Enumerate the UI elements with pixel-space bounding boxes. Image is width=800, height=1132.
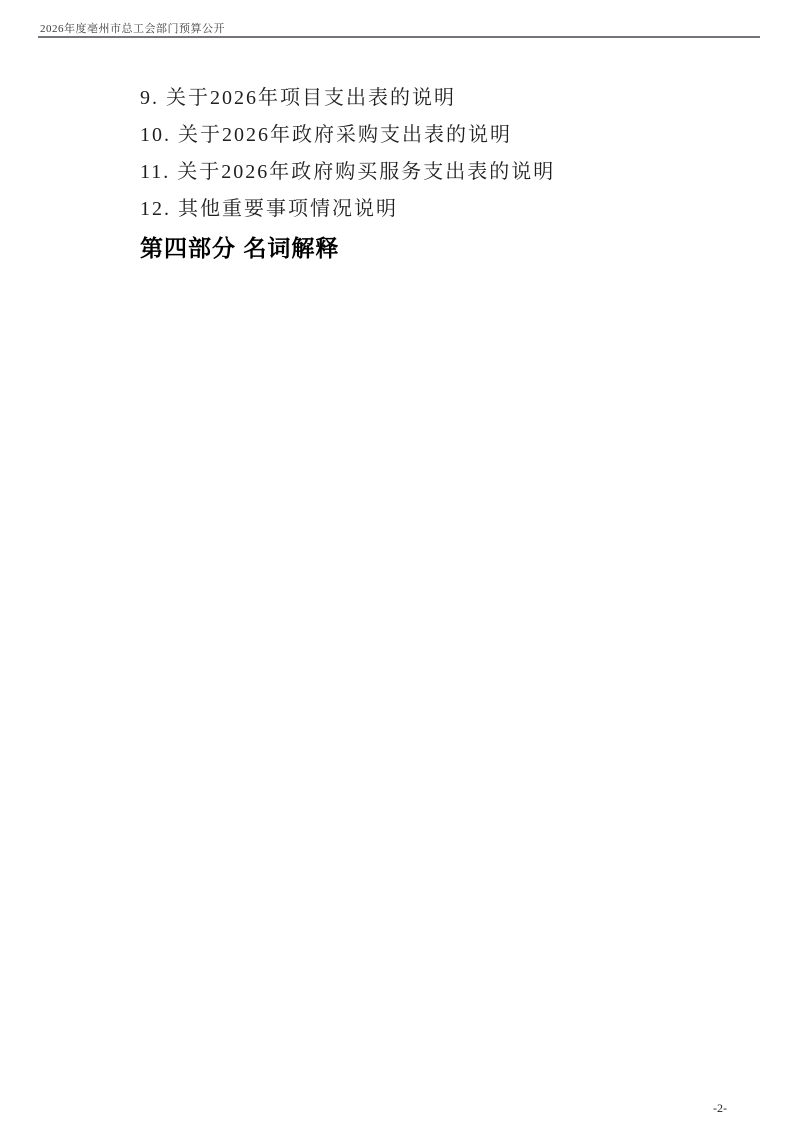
toc-item-12: 12. 其他重要事项情况说明 [140,191,700,228]
header-divider [38,36,760,38]
toc-item-10: 10. 关于2026年政府采购支出表的说明 [140,117,700,154]
toc-item-11: 11. 关于2026年政府购买服务支出表的说明 [140,154,700,191]
section-heading-part-four: 第四部分 名词解释 [140,233,700,263]
toc-item-9: 9. 关于2026年项目支出表的说明 [140,80,700,117]
page-number: -2- [698,1101,742,1116]
toc-list: 9. 关于2026年项目支出表的说明 10. 关于2026年政府采购支出表的说明… [140,80,700,263]
page-header-title: 2026年度亳州市总工会部门预算公开 [40,20,225,36]
document-page: 2026年度亳州市总工会部门预算公开 9. 关于2026年项目支出表的说明 10… [0,0,800,1132]
